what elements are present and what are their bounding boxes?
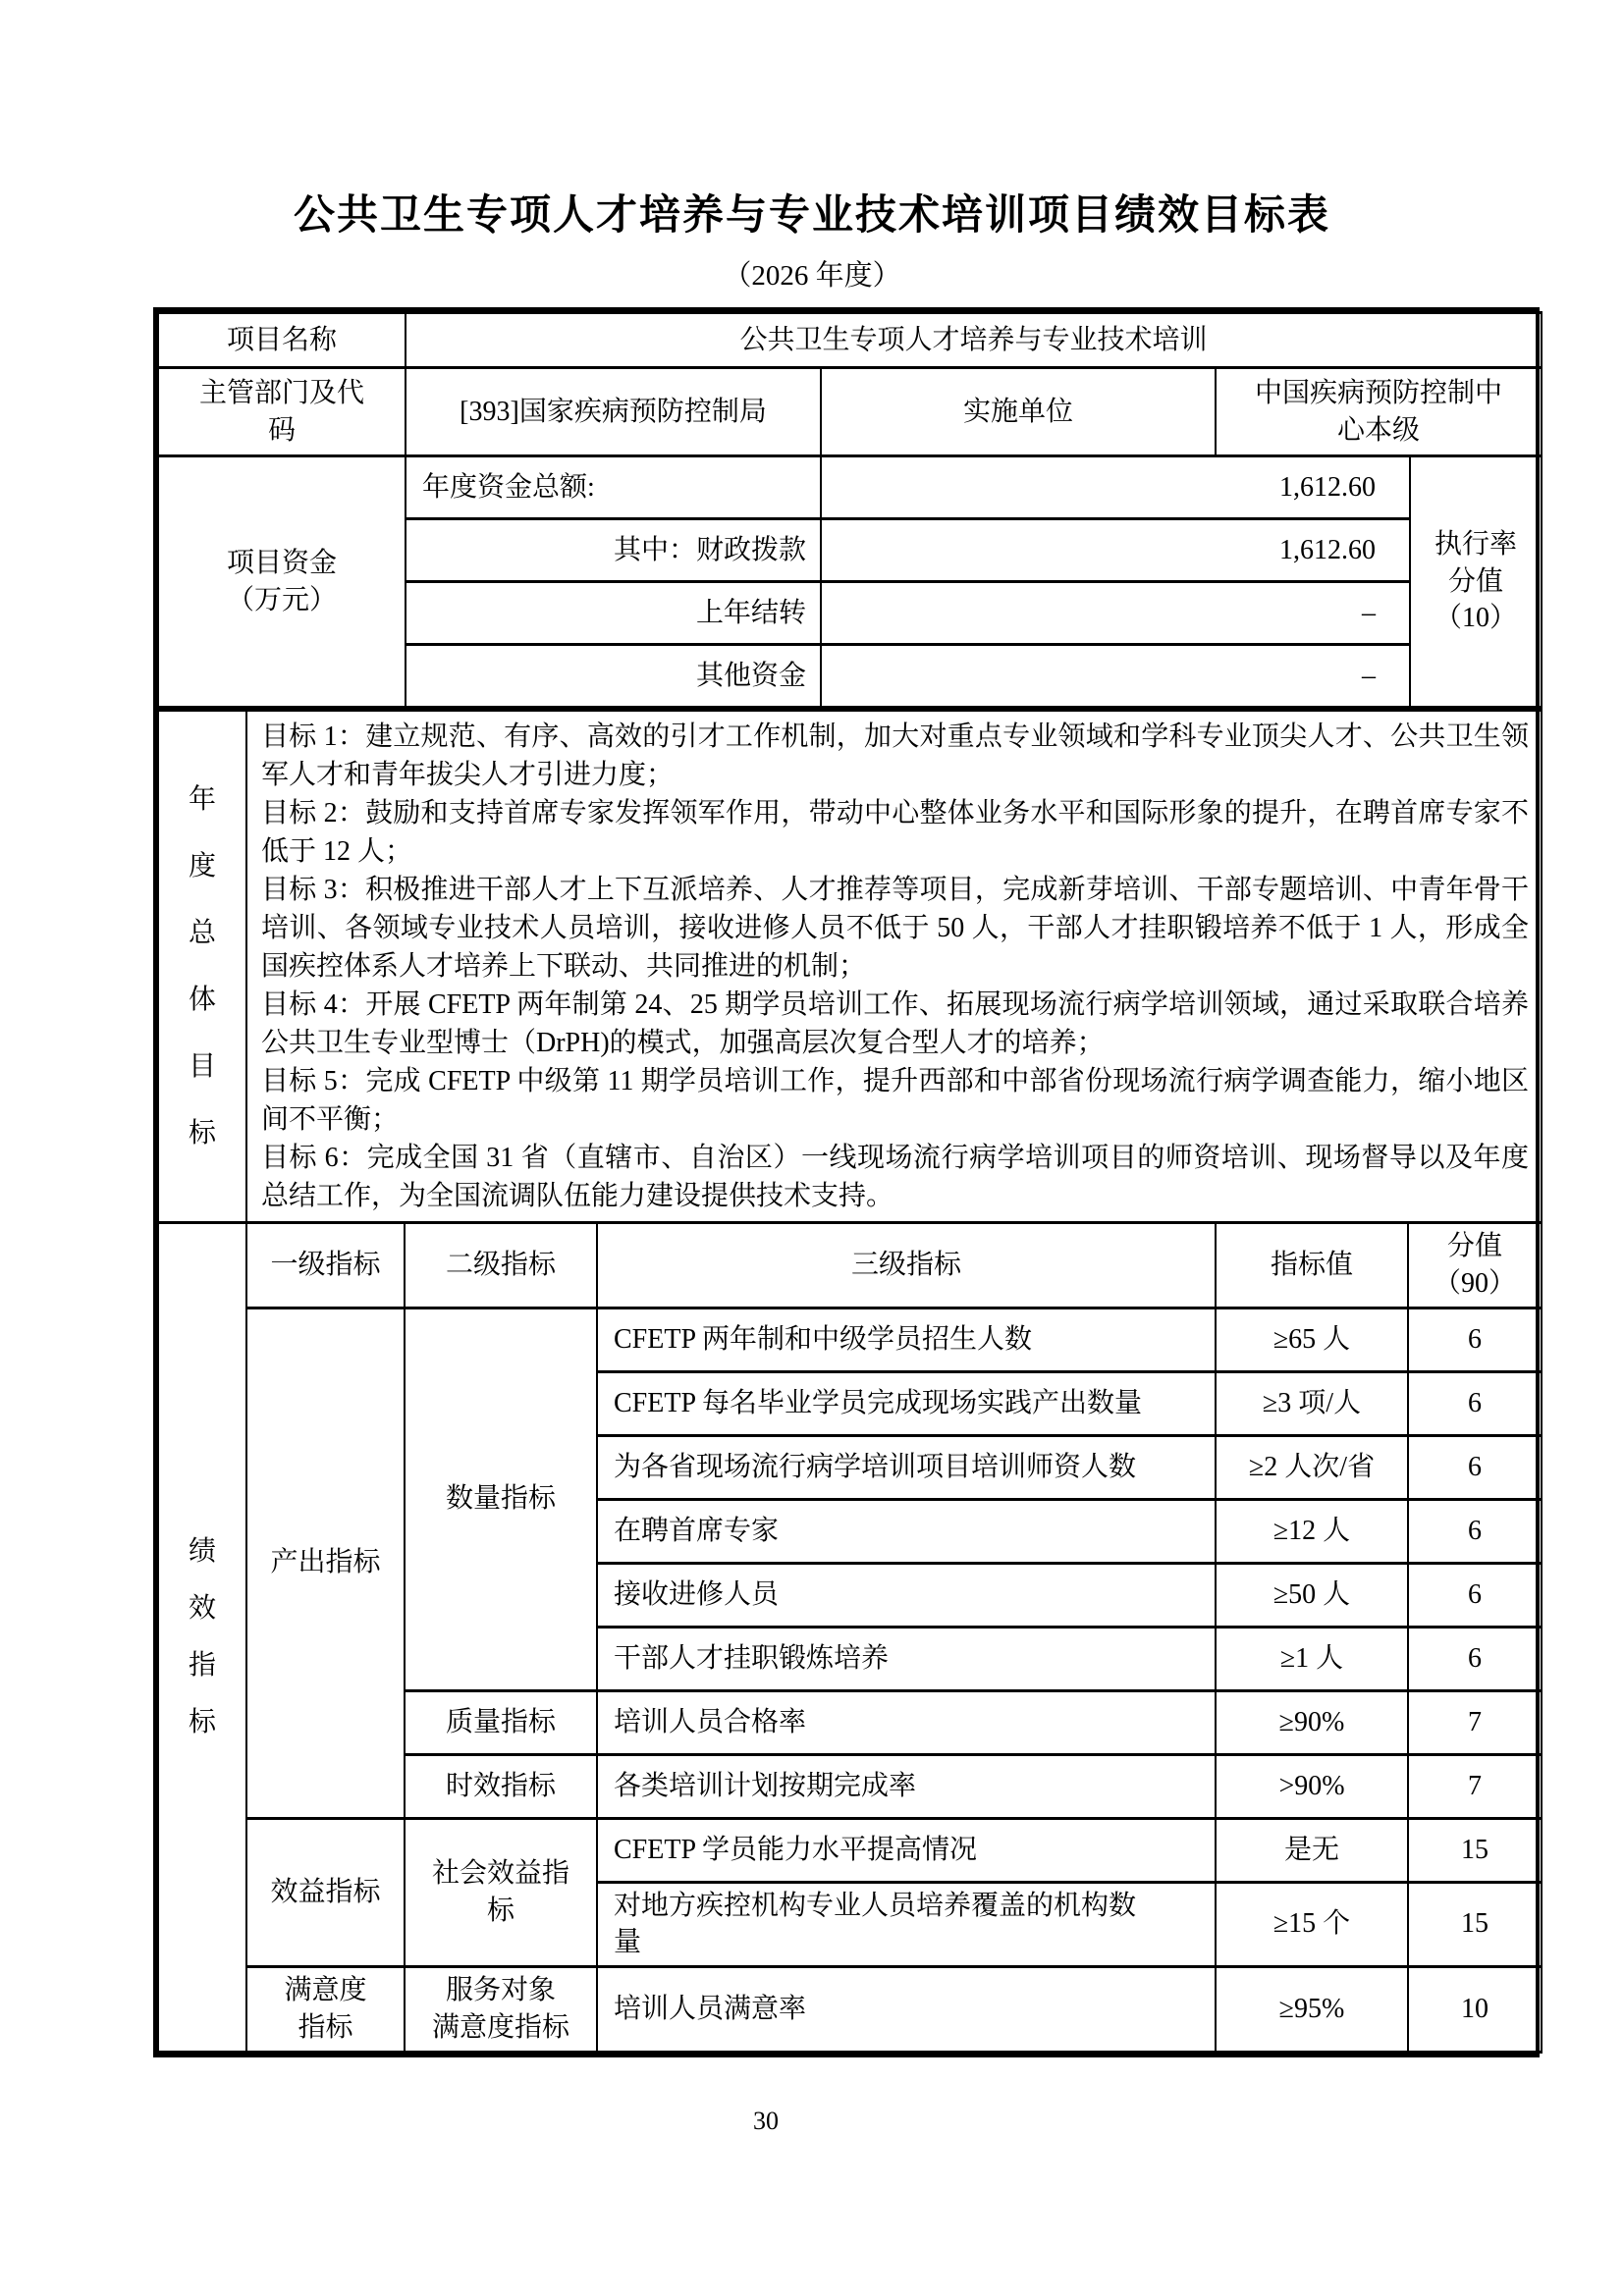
project-name-value-cell: 公共卫生专项人才培养与专业技术培训 (406, 313, 1542, 368)
indicator-score-cell: 10 (1408, 1967, 1542, 2053)
indicator-value-cell: ≥95% (1216, 1967, 1408, 2053)
department-row: 主管部门及代 码 [393]国家疾病预防控制局 实施单位 中国疾病预防控制中 心… (158, 368, 1542, 456)
indicator-l3-cell: CFETP 每名毕业学员完成现场实践产出数量 (597, 1371, 1216, 1435)
funding-row-total: 项目资金 （万元） 年度资金总额: 1,612.60 执行率 分值 （10） (158, 456, 1542, 519)
header-level2-cell: 二级指标 (405, 1223, 597, 1308)
goal-3: 目标 3：积极推进干部人才上下互派培养、人才推荐等项目，完成新芽培训、干部专题培… (261, 871, 1529, 986)
indicator-score-cell: 7 (1408, 1754, 1542, 1818)
department-value-cell: [393]国家疾病预防控制局 (406, 368, 821, 456)
indicators-header-row: 绩效指标 一级指标 二级指标 三级指标 指标值 分值 （90） (158, 1223, 1542, 1308)
performance-target-table: 项目名称 公共卫生专项人才培养与专业技术培训 主管部门及代 码 [393]国家疾… (153, 307, 1540, 2057)
funding-other-label-cell: 其他资金 (406, 645, 821, 708)
indicators-vertical-label: 绩效指标 (186, 1523, 219, 1751)
execution-rate-score-cell: 执行率 分值 （10） (1410, 456, 1542, 708)
page-subtitle: （2026 年度） (0, 253, 1624, 294)
header-value-cell: 指标值 (1216, 1223, 1408, 1308)
indicator-l3-cell: 培训人员合格率 (597, 1690, 1216, 1754)
group-quantity-cell: 数量指标 (405, 1308, 597, 1690)
header-level3-cell: 三级指标 (597, 1223, 1216, 1308)
funding-fiscal-value-cell: 1,612.60 (821, 519, 1410, 582)
group-quality-cell: 质量指标 (405, 1690, 597, 1754)
indicator-value-cell: 是无 (1216, 1818, 1408, 1882)
group-timeliness-cell: 时效指标 (405, 1754, 597, 1818)
indicator-value-cell: ≥12 人 (1216, 1499, 1408, 1563)
indicator-score-cell: 15 (1408, 1882, 1542, 1967)
indicator-l3-cell: 培训人员满意率 (597, 1967, 1216, 2053)
funding-fiscal-label-cell: 其中：财政拨款 (406, 519, 821, 582)
group-satisfaction-cell: 满意度 指标 (246, 1967, 405, 2053)
indicator-value-cell: >90% (1216, 1754, 1408, 1818)
indicator-score-cell: 7 (1408, 1690, 1542, 1754)
indicator-value-cell: ≥2 人次/省 (1216, 1435, 1408, 1499)
goals-and-indicators-table: 年度总体目标 目标 1：建立规范、有序、高效的引才工作机制，加大对重点专业领域和… (157, 709, 1543, 2054)
group-output-cell: 产出指标 (246, 1308, 405, 1818)
indicator-value-cell: ≥15 个 (1216, 1882, 1408, 1967)
goal-6: 目标 6：完成全国 31 省（直辖市、自治区）一线现场流行病学培训项目的师资培训… (261, 1139, 1529, 1215)
funding-carryover-value-cell: – (821, 582, 1410, 645)
basic-info-table: 项目名称 公共卫生专项人才培养与专业技术培训 主管部门及代 码 [393]国家疾… (157, 311, 1543, 709)
indicator-value-cell: ≥65 人 (1216, 1308, 1408, 1371)
project-name-row: 项目名称 公共卫生专项人才培养与专业技术培训 (158, 313, 1542, 368)
document-page: 公共卫生专项人才培养与专业技术培训项目绩效目标表 （2026 年度） 项目名称 … (0, 0, 1624, 2296)
annual-goals-label-cell: 年度总体目标 (158, 711, 246, 1223)
indicator-l3-cell: 接收进修人员 (597, 1563, 1216, 1627)
indicator-l3-cell: 在聘首席专家 (597, 1499, 1216, 1563)
group-benefit-cell: 效益指标 (246, 1818, 405, 1967)
group-service-satisfaction-cell: 服务对象 满意度指标 (405, 1967, 597, 2053)
annual-goals-vertical-label: 年度总体目标 (186, 767, 219, 1167)
indicator-value-cell: ≥3 项/人 (1216, 1371, 1408, 1435)
indicator-l3-cell: 对地方疾控机构专业人员培养覆盖的机构数 量 (597, 1882, 1216, 1967)
project-name-label-cell: 项目名称 (158, 313, 406, 368)
implementing-unit-label-cell: 实施单位 (821, 368, 1216, 456)
indicator-value-cell: ≥1 人 (1216, 1627, 1408, 1690)
indicator-score-cell: 6 (1408, 1499, 1542, 1563)
annual-goals-text-cell: 目标 1：建立规范、有序、高效的引才工作机制，加大对重点专业领域和学科专业顶尖人… (246, 711, 1542, 1223)
indicator-score-cell: 6 (1408, 1435, 1542, 1499)
header-level1-cell: 一级指标 (246, 1223, 405, 1308)
goal-5: 目标 5：完成 CFETP 中级第 11 期学员培训工作，提升西部和中部省份现场… (261, 1062, 1529, 1139)
indicator-value-cell: ≥50 人 (1216, 1563, 1408, 1627)
indicators-section-label-cell: 绩效指标 (158, 1223, 246, 2053)
department-label-cell: 主管部门及代 码 (158, 368, 406, 456)
funding-total-value-cell: 1,612.60 (821, 456, 1410, 519)
annual-goals-row: 年度总体目标 目标 1：建立规范、有序、高效的引才工作机制，加大对重点专业领域和… (158, 711, 1542, 1223)
indicator-score-cell: 6 (1408, 1563, 1542, 1627)
indicator-row: 效益指标 社会效益指 标 CFETP 学员能力水平提高情况 是无 15 (158, 1818, 1542, 1882)
implementing-unit-value-cell: 中国疾病预防控制中 心本级 (1216, 368, 1542, 456)
indicator-l3-cell: CFETP 两年制和中级学员招生人数 (597, 1308, 1216, 1371)
funding-other-value-cell: – (821, 645, 1410, 708)
indicator-value-cell: ≥90% (1216, 1690, 1408, 1754)
indicator-l3-cell: 干部人才挂职锻炼培养 (597, 1627, 1216, 1690)
goal-1: 目标 1：建立规范、有序、高效的引才工作机制，加大对重点专业领域和学科专业顶尖人… (261, 718, 1529, 794)
group-social-benefit-cell: 社会效益指 标 (405, 1818, 597, 1967)
funding-total-label-cell: 年度资金总额: (406, 456, 821, 519)
page-number: 30 (0, 2107, 1532, 2136)
funding-section-label-cell: 项目资金 （万元） (158, 456, 406, 708)
header-score-cell: 分值 （90） (1408, 1223, 1542, 1308)
indicator-row: 满意度 指标 服务对象 满意度指标 培训人员满意率 ≥95% 10 (158, 1967, 1542, 2053)
indicator-score-cell: 6 (1408, 1627, 1542, 1690)
indicator-l3-cell: CFETP 学员能力水平提高情况 (597, 1818, 1216, 1882)
indicator-score-cell: 6 (1408, 1308, 1542, 1371)
indicator-row: 产出指标 数量指标 CFETP 两年制和中级学员招生人数 ≥65 人 6 (158, 1308, 1542, 1371)
indicator-l3-cell: 为各省现场流行病学培训项目培训师资人数 (597, 1435, 1216, 1499)
funding-carryover-label-cell: 上年结转 (406, 582, 821, 645)
page-title: 公共卫生专项人才培养与专业技术培训项目绩效目标表 (0, 0, 1624, 241)
indicator-score-cell: 6 (1408, 1371, 1542, 1435)
goal-4: 目标 4：开展 CFETP 两年制第 24、25 期学员培训工作、拓展现场流行病… (261, 986, 1529, 1062)
indicator-score-cell: 15 (1408, 1818, 1542, 1882)
goal-2: 目标 2：鼓励和支持首席专家发挥领军作用，带动中心整体业务水平和国际形象的提升，… (261, 794, 1529, 871)
indicator-l3-cell: 各类培训计划按期完成率 (597, 1754, 1216, 1818)
